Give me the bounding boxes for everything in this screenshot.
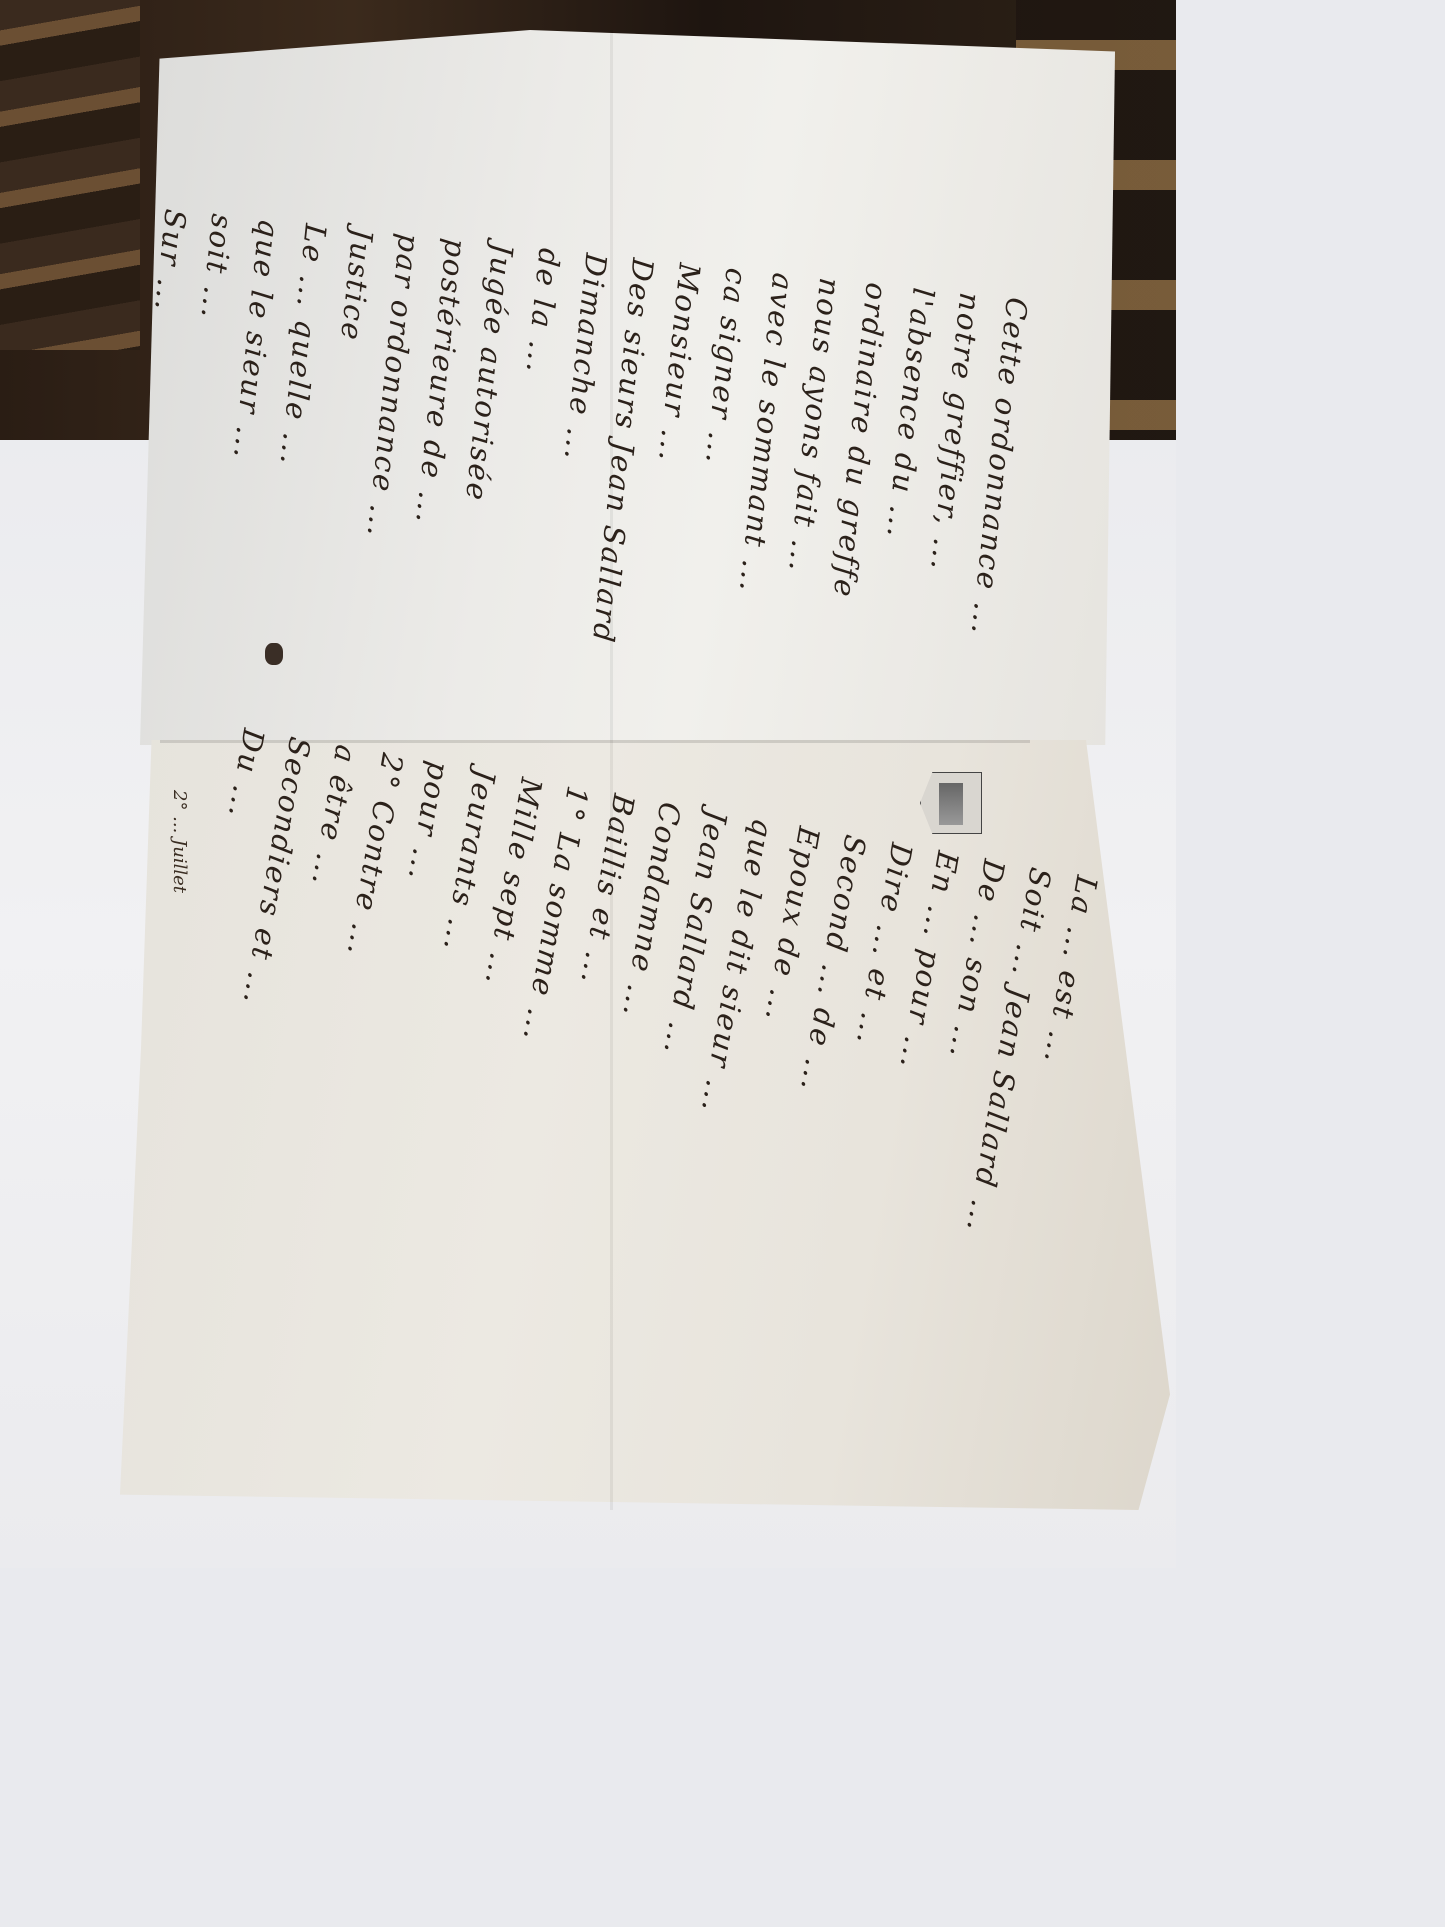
stamp-figure-icon [939,783,963,825]
box-side-panel [0,0,140,350]
upper-page-handwriting: Cette ordonnance ... notre greffier, ...… [106,207,1040,738]
margin-annotation: 2° ... Juillet [169,790,190,893]
tax-stamp [920,772,982,834]
